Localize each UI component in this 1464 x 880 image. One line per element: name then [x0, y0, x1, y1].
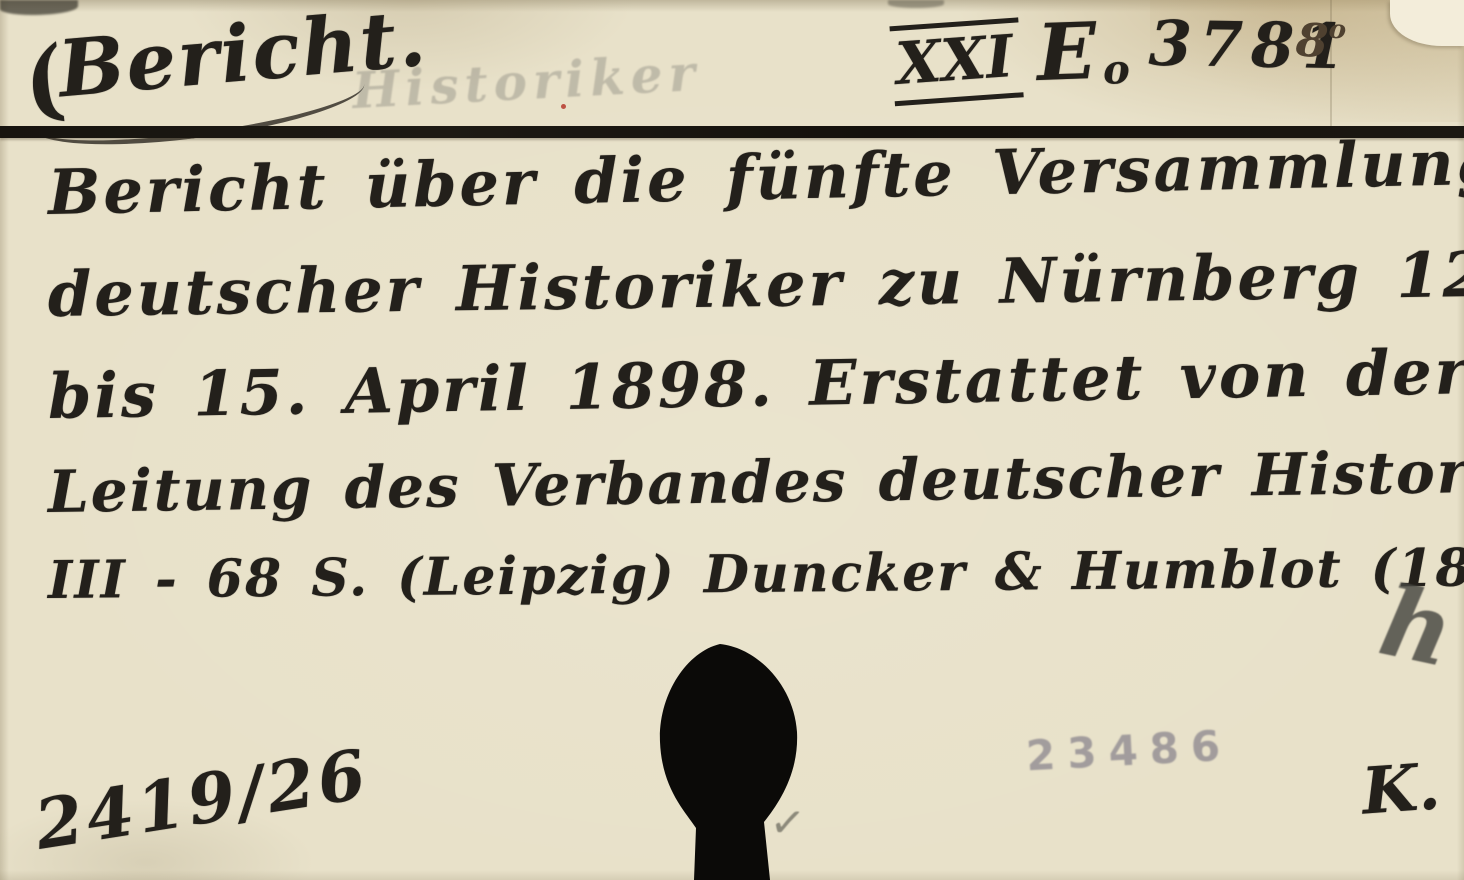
body-line: Leitung des Verbandes deutscher Historik… — [48, 436, 1464, 526]
shelfmark: XXI E o 3781 — [891, 8, 1355, 104]
accession-number: 2419/26 — [30, 734, 375, 866]
pencil-checkmark: ✓ — [768, 796, 808, 848]
body-line: bis 15. April 1898. Erstattet von der — [47, 335, 1464, 433]
acquisition-stamp: 23486 — [1025, 721, 1233, 781]
body-line: deutscher Historiker zu Nürnberg 12. — [47, 238, 1464, 331]
shelfmark-roman-numeral: XXI — [889, 17, 1023, 106]
format-superscript: o — [1328, 15, 1347, 46]
body-line: III - 68 S. (Leipzig) Duncker & Humblot … — [48, 537, 1464, 611]
format-digit: 8 — [1294, 12, 1330, 68]
torn-edge-top-middle — [888, 0, 944, 8]
body-line: Bericht über die fünfte Versammlung — [47, 126, 1464, 229]
cataloguer-initial: K. — [1359, 749, 1442, 829]
catalog-card: ( Bericht. Historiker XXI E o 3781 8o Be… — [0, 0, 1464, 880]
shelfmark-class-letter: E — [1036, 17, 1098, 89]
format-notation: 8o — [1294, 12, 1347, 69]
torn-edge-top-left — [0, 0, 78, 15]
shelfmark-class-subscript: o — [1102, 46, 1130, 94]
